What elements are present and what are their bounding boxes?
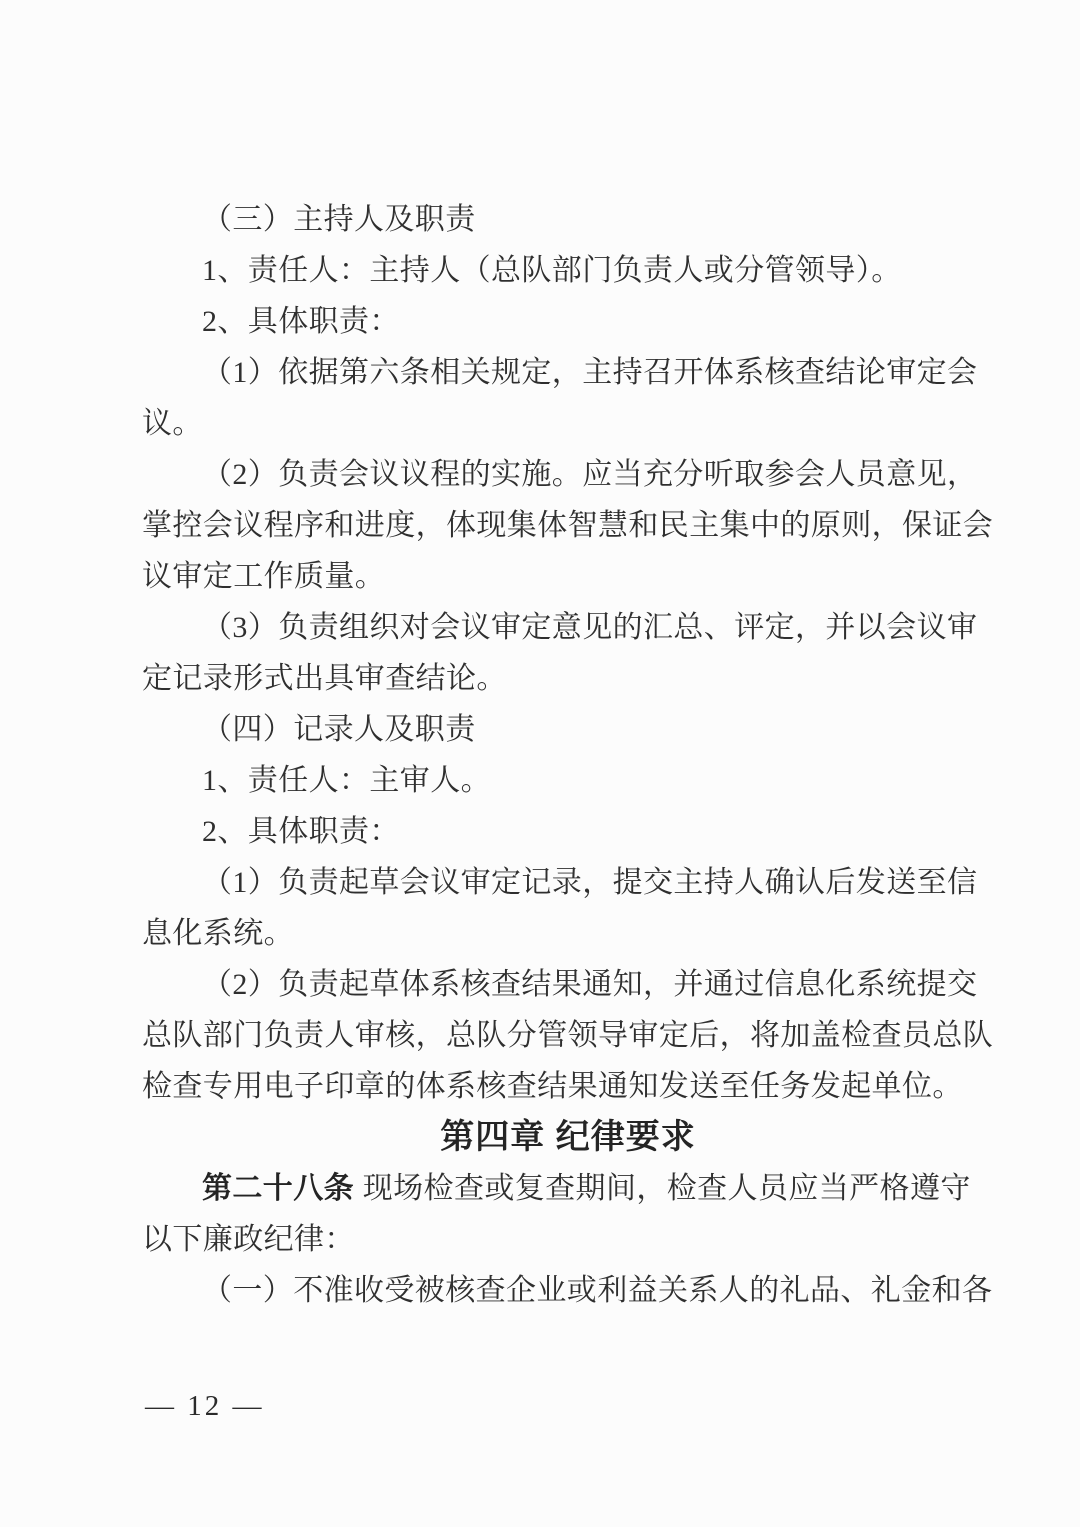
body-text-segment: 检查专用电子印章的体系核查结果通知发送至任务发起单位。 (142, 1070, 963, 1103)
body-text-segment: 息化系统。 (142, 917, 294, 950)
body-text-segment: 1、责任人：主持人（总队部门负责人或分管领导）。 (202, 254, 902, 287)
body-text-segment: 以下廉政纪律： (142, 1223, 355, 1256)
page-number: — 12 — (145, 1390, 265, 1423)
body-text-segment: 议。 (142, 407, 203, 440)
text-line: 息化系统。 (142, 908, 994, 959)
text-line: 议。 (142, 398, 994, 449)
text-line: 2、具体职责： (142, 806, 994, 857)
chapter-heading: 第四章 纪律要求 (142, 1112, 994, 1163)
body-text-segment: （1）依据第六条相关规定，主持召开体系核查结论审定会 (202, 356, 977, 389)
bold-text-segment: 第二十八条 (202, 1172, 363, 1205)
text-line: 1、责任人：主审人。 (142, 755, 994, 806)
text-line: 掌控会议程序和进度，体现集体智慧和民主集中的原则，保证会 (142, 500, 994, 551)
body-text-segment: 定记录形式出具审查结论。 (142, 662, 507, 695)
text-line: 议审定工作质量。 (142, 551, 994, 602)
text-line: 第二十八条 现场检查或复查期间，检查人员应当严格遵守 (142, 1163, 994, 1214)
body-text-segment: 总队部门负责人审核，总队分管领导审定后，将加盖检查员总队 (142, 1019, 993, 1052)
body-text-segment: 2、具体职责： (202, 815, 400, 848)
text-line: （1）依据第六条相关规定，主持召开体系核查结论审定会 (142, 347, 994, 398)
document-page: （三）主持人及职责1、责任人：主持人（总队部门负责人或分管领导）。2、具体职责：… (0, 0, 1080, 1527)
text-line: 总队部门负责人审核，总队分管领导审定后，将加盖检查员总队 (142, 1010, 994, 1061)
text-line: 2、具体职责： (142, 296, 994, 347)
body-text-segment: 2、具体职责： (202, 305, 400, 338)
bold-text-segment: 第四章 纪律要求 (440, 1118, 695, 1156)
body-text-segment: （3）负责组织对会议审定意见的汇总、评定，并以会议审 (202, 611, 977, 644)
body-text-segment: 现场检查或复查期间，检查人员应当严格遵守 (363, 1172, 971, 1205)
text-line: （四）记录人及职责 (142, 704, 994, 755)
body-text-segment: 1、责任人：主审人。 (202, 764, 491, 797)
body-text-segment: （1）负责起草会议审定记录，提交主持人确认后发送至信 (202, 866, 977, 899)
text-line: 检查专用电子印章的体系核查结果通知发送至任务发起单位。 (142, 1061, 994, 1112)
text-line: （三）主持人及职责 (142, 194, 994, 245)
body-text-segment: （一）不准收受被核查企业或利益关系人的礼品、礼金和各 (202, 1274, 992, 1307)
body-text-segment: 议审定工作质量。 (142, 560, 385, 593)
text-line: 以下廉政纪律： (142, 1214, 994, 1265)
text-line: 定记录形式出具审查结论。 (142, 653, 994, 704)
text-line: （一）不准收受被核查企业或利益关系人的礼品、礼金和各 (142, 1265, 994, 1316)
text-line: 1、责任人：主持人（总队部门负责人或分管领导）。 (142, 245, 994, 296)
body-text-segment: 掌控会议程序和进度，体现集体智慧和民主集中的原则，保证会 (142, 509, 993, 542)
text-line: （2）负责会议议程的实施。应当充分听取参会人员意见， (142, 449, 994, 500)
text-line: （2）负责起草体系核查结果通知，并通过信息化系统提交 (142, 959, 994, 1010)
body-text-segment: （2）负责会议议程的实施。应当充分听取参会人员意见， (202, 458, 977, 491)
body-text-segment: （四）记录人及职责 (202, 713, 476, 746)
document-body: （三）主持人及职责1、责任人：主持人（总队部门负责人或分管领导）。2、具体职责：… (142, 194, 994, 1316)
body-text-segment: （三）主持人及职责 (202, 203, 476, 236)
text-line: （3）负责组织对会议审定意见的汇总、评定，并以会议审 (142, 602, 994, 653)
body-text-segment: （2）负责起草体系核查结果通知，并通过信息化系统提交 (202, 968, 977, 1001)
text-line: （1）负责起草会议审定记录，提交主持人确认后发送至信 (142, 857, 994, 908)
